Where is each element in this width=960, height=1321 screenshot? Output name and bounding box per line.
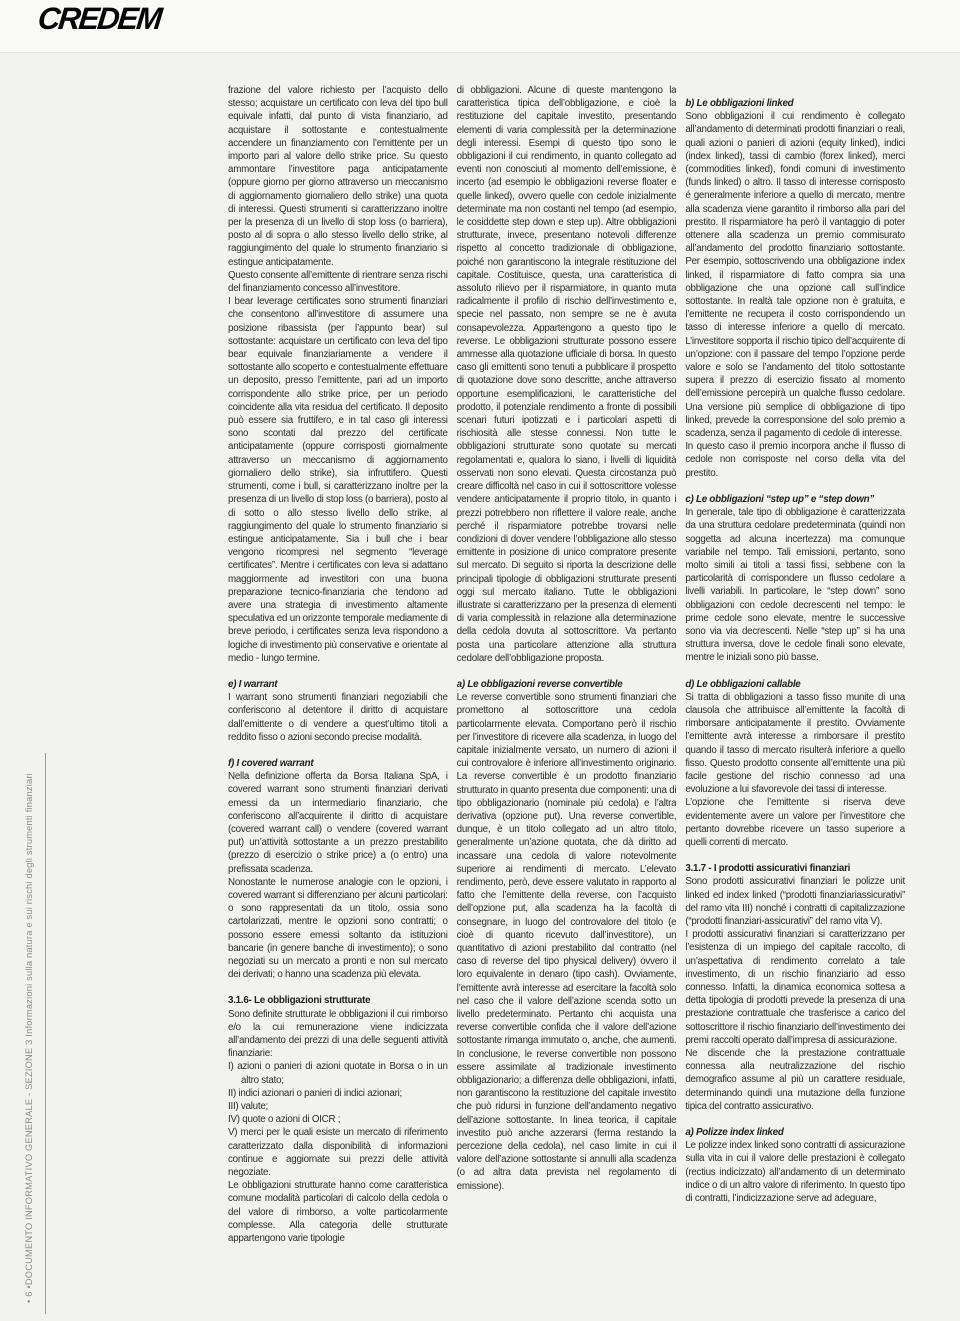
section-heading: c) Le obbligazioni “step up” e “step dow… (685, 493, 905, 506)
sidebar-page-label: • 6 •DOCUMENTO INFORMATIVO GENERALE - SE… (24, 773, 34, 1303)
text-column-1: frazione del valore richiesto per l’acqu… (228, 84, 448, 1321)
paragraph: I warrant sono strumenti finanziari nego… (228, 691, 448, 744)
text-column-3: b) Le obbligazioni linkedSono obbligazio… (685, 84, 905, 1321)
section-heading: 3.1.7 - I prodotti assicurativi finanzia… (685, 862, 905, 875)
paragraph: I bear leverage certificates sono strume… (228, 295, 448, 665)
paragraph: Le polizze index linked sono contratti d… (685, 1139, 905, 1205)
paragraph: di obbligazioni. Alcune di queste manten… (457, 84, 677, 665)
text-column-2: di obbligazioni. Alcune di queste manten… (457, 84, 677, 1321)
document-page: { "page": { "logo": "CREDEM", "sidebar_t… (0, 0, 960, 1321)
sidebar-divider-line (45, 753, 46, 1314)
list-item: IV) quote o azioni di OICR ; (228, 1113, 448, 1126)
section-heading: f) I covered warrant (228, 757, 448, 770)
paragraph: Sono obbligazioni il cui rendimento è co… (685, 110, 905, 440)
section-heading: a) Polizze index linked (685, 1126, 905, 1139)
paragraph: V) merci per le quali esiste un mercato … (228, 1126, 448, 1179)
paragraph: Le reverse convertible sono strumenti fi… (457, 691, 677, 1193)
section-heading: a) Le obbligazioni reverse convertible (457, 678, 677, 691)
paragraph: frazione del valore richiesto per l’acqu… (228, 84, 448, 269)
paragraph: Le obbligazioni strutturate hanno come c… (228, 1179, 448, 1245)
list-item: I) azioni o panieri di azioni quotate in… (228, 1060, 448, 1086)
list-item: III) valute; (228, 1100, 448, 1113)
section-heading: d) Le obbligazioni callable (685, 678, 905, 691)
paragraph: Ne discende che la prestazione contrattu… (685, 1047, 905, 1113)
section-heading: 3.1.6- Le obbligazioni strutturate (228, 994, 448, 1007)
credem-logo: CREDEM (36, 1, 162, 37)
paragraph: Nonostante le numerose analogie con le o… (228, 876, 448, 982)
paragraph: L’opzione che l’emittente si riserva dev… (685, 796, 905, 849)
paragraph: In generale, tale tipo di obbligazione è… (685, 506, 905, 664)
list-item: II) indici azionari o panieri di indici … (228, 1087, 448, 1100)
paragraph: Si tratta di obbligazioni a tasso fisso … (685, 691, 905, 797)
paragraph: Sono prodotti assicurativi finanziari le… (685, 875, 905, 928)
section-heading: e) I warrant (228, 678, 448, 691)
paragraph: Questo consente all’emittente di rientra… (228, 269, 448, 295)
section-heading: b) Le obbligazioni linked (685, 97, 905, 110)
paragraph: I prodotti assicurativi finanziari si ca… (685, 928, 905, 1047)
paragraph: Nella definizione offerta da Borsa Itali… (228, 770, 448, 876)
text-columns: frazione del valore richiesto per l’acqu… (228, 84, 905, 1321)
paragraph: Sono definite strutturate le obbligazion… (228, 1008, 448, 1061)
paragraph: In questo caso il premio incorpora anche… (685, 440, 905, 480)
